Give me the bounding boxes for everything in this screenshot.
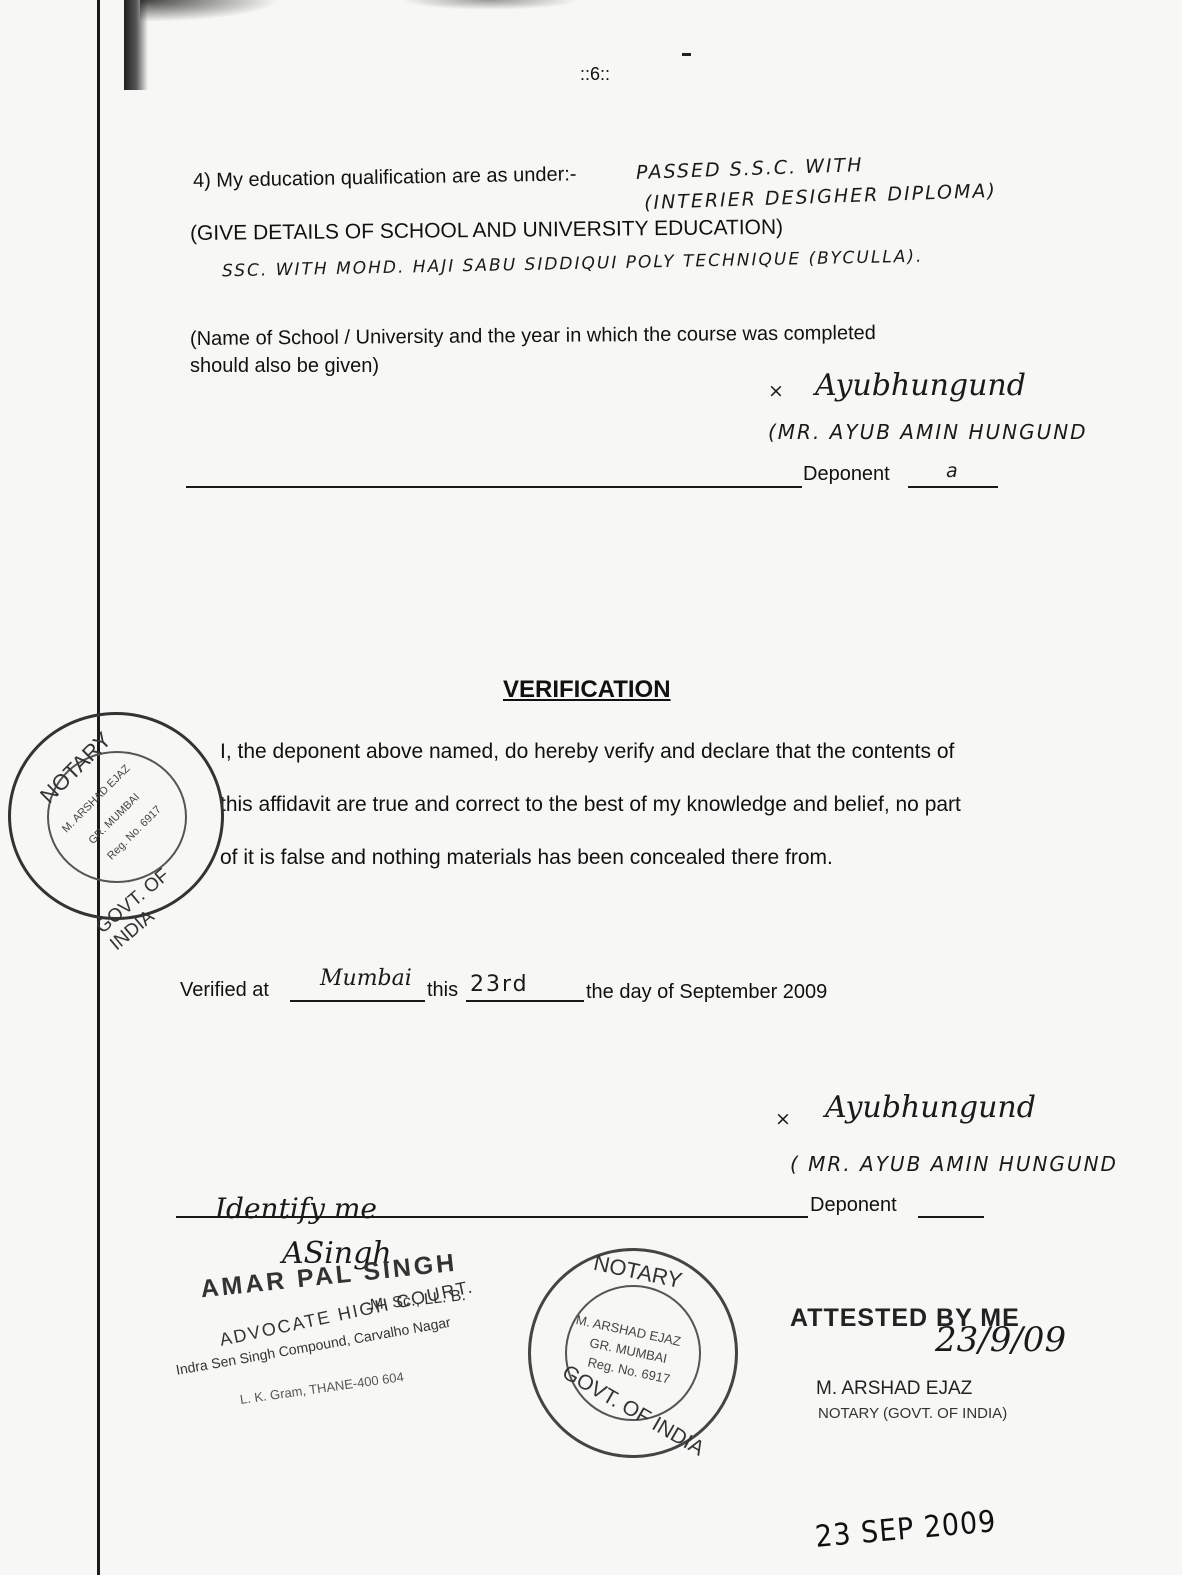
verification-line2: this affidavit are true and correct to t… xyxy=(220,793,961,817)
signature-line xyxy=(186,486,802,488)
place-line xyxy=(290,1000,425,1002)
date-suffix: the day of September 2009 xyxy=(586,981,827,1004)
deponent-signature: Ayubhungund xyxy=(815,368,1026,403)
education-handwritten-line1: PASSED S.S.C. WITH xyxy=(636,154,864,184)
notary-stamp-left: NOTARY GOVT. OF INDIA M. ARSHAD EJAZ GR.… xyxy=(8,712,224,920)
notary-signature: 23/9/09 xyxy=(935,1320,1066,1360)
scan-top-shadow xyxy=(400,0,580,10)
verification-line1: I, the deponent above named, do hereby v… xyxy=(220,740,954,764)
signature-mark: × xyxy=(768,380,786,402)
verification-heading: VERIFICATION xyxy=(503,676,671,704)
education-handwritten-details: SSC. WITH MOHD. HAJI SABU SIDDIQUI POLY … xyxy=(222,247,924,282)
initial-line xyxy=(918,1216,984,1218)
date-stamp: 23 SEP 2009 xyxy=(814,1504,998,1555)
signature-mark: × xyxy=(775,1108,793,1130)
education-note-line1: (Name of School / University and the yea… xyxy=(190,322,876,351)
place-handwritten: Mumbai xyxy=(320,966,412,991)
education-note-line2: should also be given) xyxy=(190,355,379,378)
verification-line3: of it is false and nothing materials has… xyxy=(220,846,833,870)
day-line xyxy=(466,1000,584,1002)
scan-top-shadow xyxy=(140,0,280,22)
initial-line xyxy=(908,486,998,488)
education-handwritten-line2: (INTERIER DESIGHER DIPLOMA) xyxy=(644,180,997,214)
verified-at-label: Verified at xyxy=(180,979,269,1002)
education-label: 4) My education qualification are as und… xyxy=(193,163,577,193)
deponent-label: Deponent xyxy=(803,463,890,486)
identifier-handwritten: Identify me xyxy=(215,1192,377,1225)
deponent-initial: a xyxy=(946,460,960,482)
deponent-signature: Ayubhungund xyxy=(825,1090,1036,1125)
notary-title: NOTARY (GOVT. OF INDIA) xyxy=(818,1405,1007,1422)
notary-stamp-bottom: NOTARY GOVT. OF INDIA M. ARSHAD EJAZ GR.… xyxy=(528,1248,738,1458)
day-handwritten: 23rd xyxy=(470,972,529,997)
deponent-label: Deponent xyxy=(810,1194,897,1217)
deponent-name-handwritten: (MR. AYUB AMIN HUNGUND xyxy=(768,420,1088,444)
this-label: this xyxy=(427,979,458,1002)
scan-mark xyxy=(682,53,691,56)
deponent-name-handwritten: ( MR. AYUB AMIN HUNGUND xyxy=(790,1152,1118,1176)
notary-name: M. ARSHAD EJAZ xyxy=(816,1378,972,1400)
advocate-address-line2: L. K. Gram, THANE-400 604 xyxy=(239,1369,405,1407)
education-instruction: (GIVE DETAILS OF SCHOOL AND UNIVERSITY E… xyxy=(190,216,783,246)
page-number: ::6:: xyxy=(580,64,610,85)
